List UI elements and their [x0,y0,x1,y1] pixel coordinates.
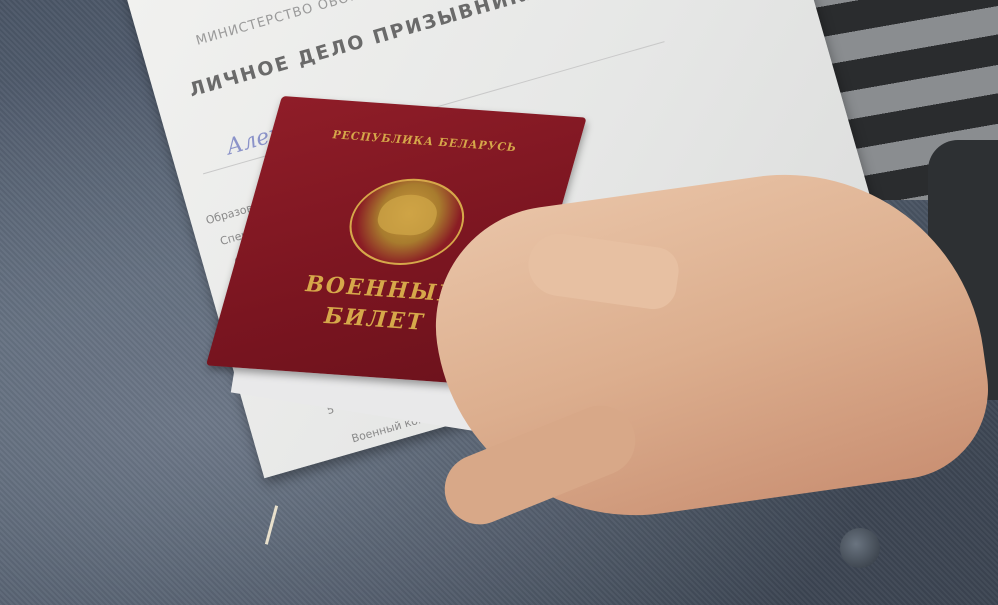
belarus-coat-of-arms-icon [339,175,475,269]
booklet-header: РЕСПУБЛИКА БЕЛАРУСЬ [270,124,578,159]
form-title: ЛИЧНОЕ ДЕЛО ПРИЗЫВНИКА [187,0,545,101]
jeans-button [840,528,880,568]
